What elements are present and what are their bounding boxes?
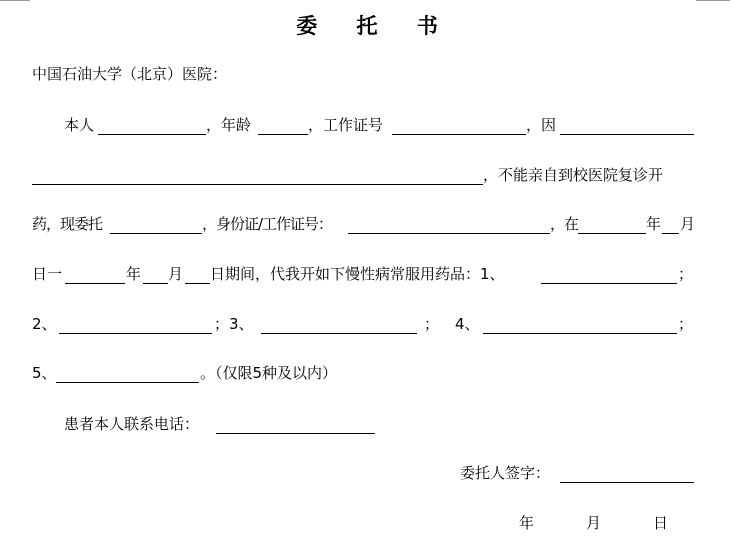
semicolon: ； [678,313,693,335]
label-cannot-visit: ，不能亲自到校医院复诊开 [483,164,663,186]
principal-name-field[interactable] [98,134,206,135]
date-year-label: 年 [519,512,534,534]
label-period-medicine: 日期间，代我开如下慢性病常服用药品：1、 [210,263,505,285]
addressee-line: 中国石油大学（北京）医院： [0,63,734,85]
label-signature: 委托人签字： [460,462,550,484]
label-year: 年 [646,213,661,235]
label-reason: ，因 [526,114,556,136]
label-med-3: ；3、 [214,313,254,335]
signature-field[interactable] [560,482,694,483]
label-med-4: 4、 [455,313,480,335]
label-year: 年 [126,263,141,285]
label-agent-id: ，身份证/工作证号： [202,213,332,235]
from-month-field[interactable] [662,233,679,234]
age-field[interactable] [258,134,308,135]
title-char: 书 [417,10,438,40]
label-med-5: 5、 [32,362,57,384]
signature-line: 委托人签字： [0,462,734,484]
agent-name-field[interactable] [110,233,202,234]
label-phone: 患者本人联系电话： [64,413,199,435]
agent-id-field[interactable] [348,233,550,234]
line-1: 本人 ，年龄 ，工作证号 ，因 [0,114,734,136]
label-at: ，在 [550,213,578,235]
work-id-field[interactable] [392,134,526,135]
label-month: 月 [680,213,695,235]
to-month-field[interactable] [143,283,168,284]
date-line: 年 月 日 [0,512,734,534]
page-corner-mark-left [0,0,30,1]
reason-field-b[interactable] [32,184,483,185]
label-entrust: 药，现委托 [32,213,102,235]
date-month-label: 月 [586,512,601,534]
line-3: 药，现委托 ，身份证/工作证号： ，在 年 月 [0,213,734,235]
date-day-label: 日 [653,512,668,534]
from-year-field[interactable] [578,233,646,234]
reason-field-a[interactable] [560,134,694,135]
title-char: 委 [296,10,317,40]
label-principal: 本人 [64,114,94,136]
semicolon: ； [424,313,439,335]
semicolon: ； [678,263,693,285]
label-med-2: 2、 [32,313,57,335]
medicine-4-field[interactable] [483,333,677,334]
phone-field[interactable] [216,433,375,434]
to-day-field[interactable] [185,283,210,284]
label-month: 月 [168,263,183,285]
document-title: 委 托 书 [0,10,734,40]
label-work-id: ，工作证号 [308,114,383,136]
medicine-1-field[interactable] [541,283,677,284]
title-char: 托 [357,10,378,40]
medicine-5-field[interactable] [56,382,199,383]
line-4: 日一 年 月 日期间，代我开如下慢性病常服用药品：1、 ； [0,263,734,285]
label-limit-note: 。（仅限5种及以内） [200,362,337,384]
label-day-to: 日一 [32,263,62,285]
to-year-field[interactable] [65,283,125,284]
phone-line: 患者本人联系电话： [0,413,734,435]
addressee-text: 中国石油大学（北京）医院： [32,63,227,85]
line-2: ，不能亲自到校医院复诊开 [0,164,734,186]
line-6: 5、 。（仅限5种及以内） [0,362,734,384]
medicine-2-field[interactable] [59,333,212,334]
label-age: ，年龄 [206,114,251,136]
medicine-3-field[interactable] [261,333,417,334]
line-5: 2、 ；3、 ； 4、 ； [0,313,734,335]
page-corner-mark-right [696,0,730,1]
